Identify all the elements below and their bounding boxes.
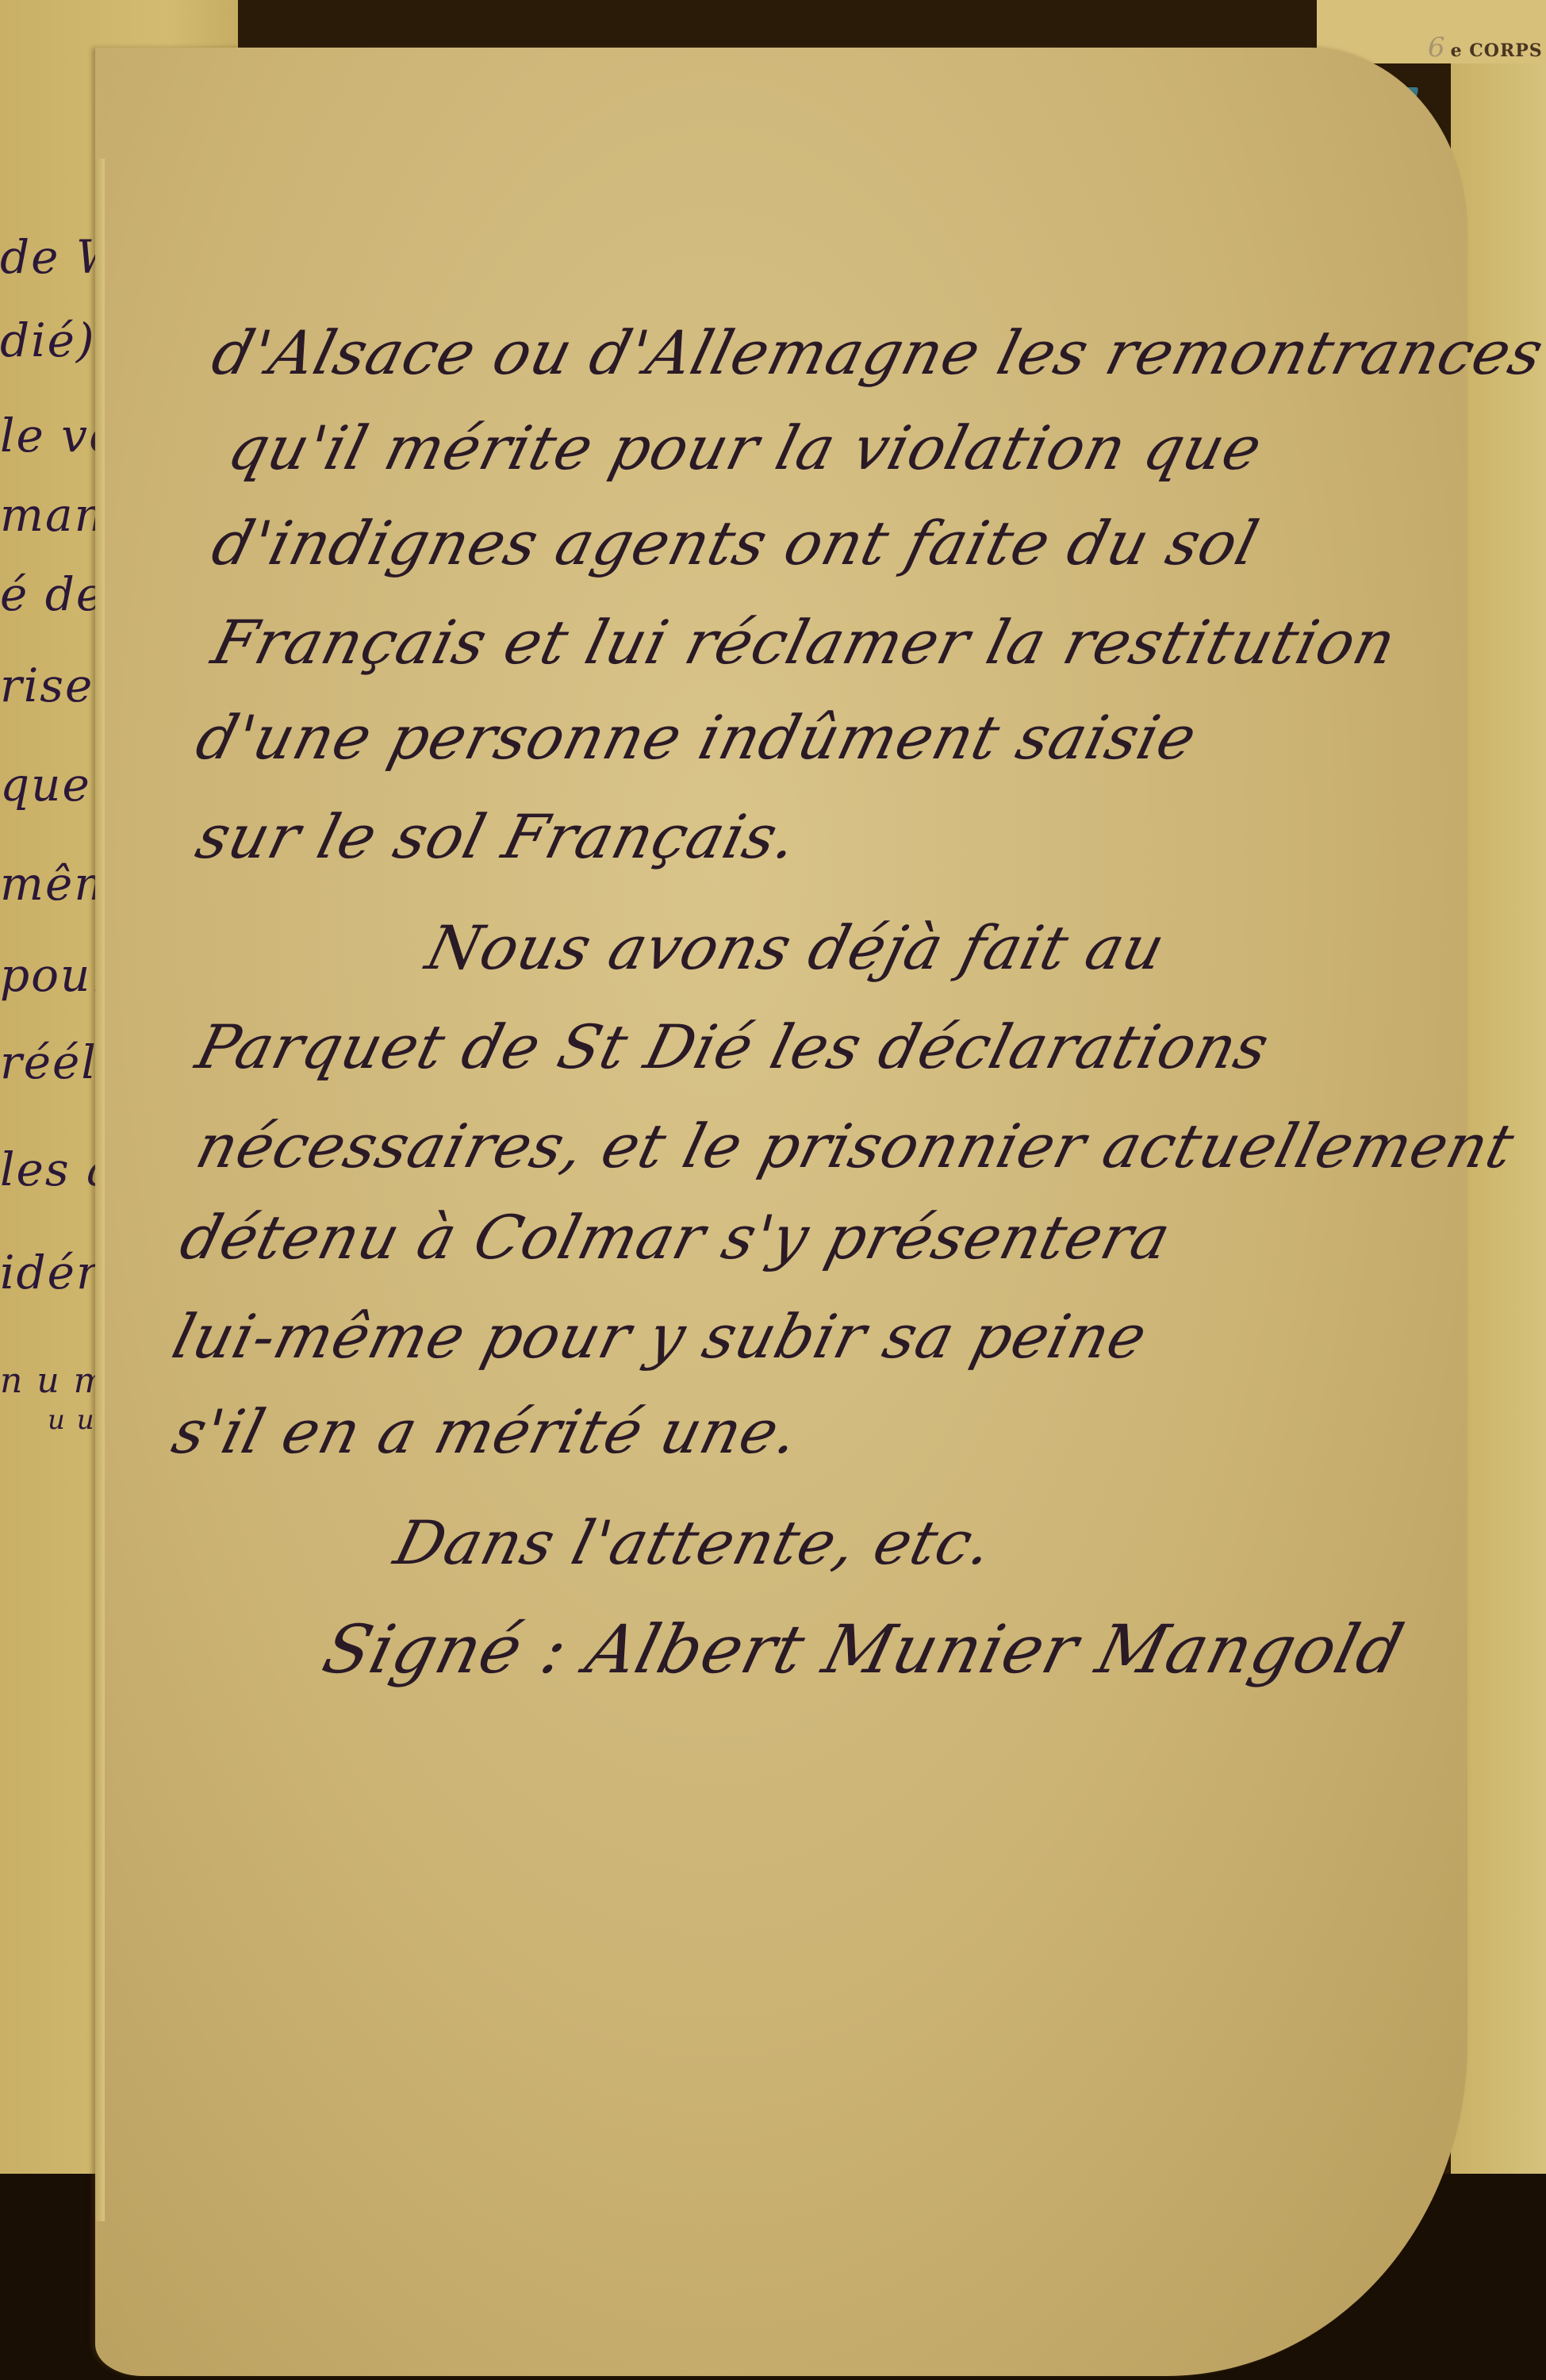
letter-closing: Dans l'attente, etc. xyxy=(388,1507,1000,1578)
letter-line: lui-même pour y subir sa peine xyxy=(166,1301,1154,1372)
letter-line: qu'il mérite pour la violation que xyxy=(221,413,1269,483)
letter-line: Français et lui réclamer la restitution xyxy=(205,607,1403,678)
letter-line: Nous avons déjà fait au xyxy=(420,912,1172,983)
letter-line: nécessaires, et le prisonnier actuelleme… xyxy=(190,1111,1521,1181)
stamp-label: e CORPS xyxy=(1451,40,1543,61)
letter-line: d'indignes agents ont faite du sol xyxy=(205,508,1266,578)
letter-line: Parquet de St Dié les déclarations xyxy=(190,1011,1276,1082)
letter-line: s'il en a mérité une. xyxy=(166,1396,807,1467)
left-page-fragment: u u xyxy=(48,1404,96,1436)
letter-line: d'Alsace ou d'Allemagne les remontrances xyxy=(205,317,1546,388)
letter-line: détenu à Colmar s'y présentera xyxy=(174,1202,1178,1273)
pencil-number: 6 xyxy=(1428,32,1446,63)
letter-line: sur le sol Français. xyxy=(190,801,805,872)
signature: Signé : Albert Munier Mangold xyxy=(316,1610,1412,1688)
letter-line: d'une personne indûment saisie xyxy=(190,702,1204,773)
corps-stamp: 6e CORPS xyxy=(1428,32,1543,63)
letter-page: d'Alsace ou d'Allemagne les remontrances… xyxy=(95,48,1467,2376)
left-page-fragment: idér xyxy=(0,1246,100,1299)
left-page-fragment: n u m xyxy=(0,1361,108,1401)
page-fold xyxy=(95,159,105,2221)
